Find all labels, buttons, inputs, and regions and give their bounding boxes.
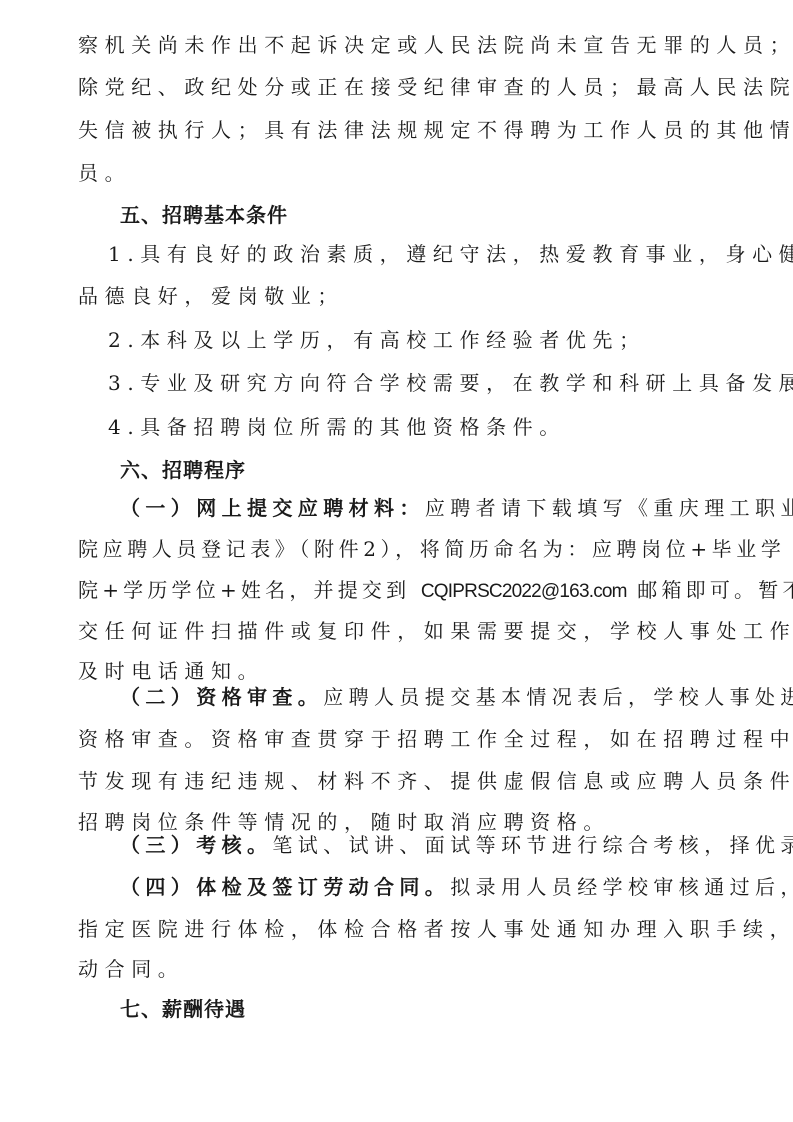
step-3-line-1: （三）考核。笔试、试讲、面试等环节进行综合考核，择优录用。 (120, 831, 760, 859)
step-2-text: 应聘人员提交基本情况表后，学校人事处进行 (323, 685, 793, 709)
step-1-line-3-start: 院+学历学位+姓名，并提交到 (78, 578, 410, 602)
step-2-line-3: 节发现有违纪违规、材料不齐、提供虚假信息或应聘人员条件不符合 (78, 767, 718, 795)
section-heading-5: 五、招聘基本条件 (120, 201, 760, 229)
step-4-line-2: 指定医院进行体检，体检合格者按人事处通知办理入职手续，签订劳 (78, 915, 718, 943)
condition-1-line-2: 品德良好，爱岗敬业； (78, 282, 718, 310)
step-3-label: （三）考核。 (120, 833, 272, 857)
step-4-text: 拟录用人员经学校审核通过后，到 (450, 875, 793, 899)
step-2-line-2: 资格审查。资格审查贯穿于招聘工作全过程，如在招聘过程中任何环 (78, 725, 718, 753)
step-4-line-1: （四）体检及签订劳动合同。拟录用人员经学校审核通过后，到 (120, 873, 760, 901)
intro-line-2: 除党纪、政纪处分或正在接受纪律审查的人员；最高人民法院公布的 (78, 73, 718, 101)
condition-3: 3.专业及研究方向符合学校需要，在教学和科研上具备发展潜力； (108, 369, 748, 397)
step-4-line-3: 动合同。 (78, 955, 718, 983)
intro-line-1: 察机关尚未作出不起诉决定或人民法院尚未宣告无罪的人员；尚未解 (78, 31, 718, 59)
condition-2: 2.本科及以上学历，有高校工作经验者优先； (108, 326, 748, 354)
step-1-text: 应聘者请下载填写《重庆理工职业学 (425, 496, 793, 520)
step-1-line-1: （一）网上提交应聘材料：应聘者请下载填写《重庆理工职业学 (120, 494, 760, 522)
step-4-label: （四）体检及签订劳动合同。 (120, 875, 450, 899)
step-1-line-2: 院应聘人员登记表》（附件2），将简历命名为：应聘岗位+毕业学 (78, 535, 718, 563)
step-1-line-5: 及时电话通知。 (78, 657, 718, 685)
step-3-text: 笔试、试讲、面试等环节进行综合考核，择优录用。 (272, 833, 793, 857)
section-heading-7: 七、薪酬待遇 (120, 995, 760, 1023)
email-address: CQIPRSC2022@163.com (421, 581, 627, 602)
intro-line-3: 失信被执行人；具有法律法规规定不得聘为工作人员的其他情形的人 (78, 116, 718, 144)
intro-line-4: 员。 (78, 159, 718, 187)
step-1-line-4: 交任何证件扫描件或复印件，如果需要提交，学校人事处工作人员会 (78, 617, 718, 645)
step-1-line-3: 院+学历学位+姓名，并提交到 CQIPRSC2022@163.com 邮箱即可。… (78, 576, 718, 606)
document-page: 察机关尚未作出不起诉决定或人民法院尚未宣告无罪的人员；尚未解 除党纪、政纪处分或… (0, 0, 793, 1122)
step-1-label: （一）网上提交应聘材料： (120, 496, 425, 520)
step-2-label: （二）资格审查。 (120, 685, 323, 709)
condition-1-line-1: 1.具有良好的政治素质，遵纪守法，热爱教育事业，身心健康， (108, 240, 748, 268)
step-2-line-1: （二）资格审查。应聘人员提交基本情况表后，学校人事处进行 (120, 683, 760, 711)
step-1-line-3-end: 邮箱即可。暂不提 (637, 578, 793, 602)
condition-4: 4.具备招聘岗位所需的其他资格条件。 (108, 413, 748, 441)
section-heading-6: 六、招聘程序 (120, 456, 760, 484)
